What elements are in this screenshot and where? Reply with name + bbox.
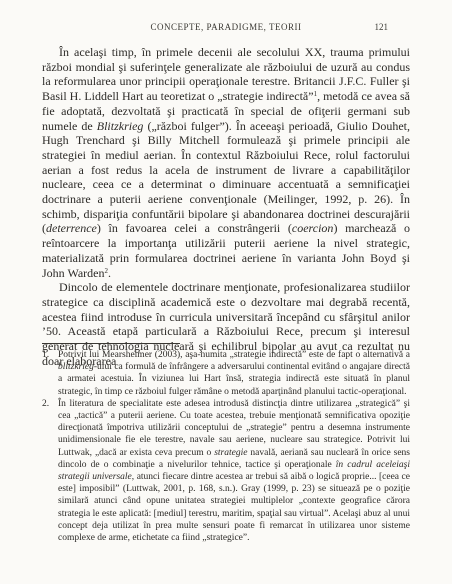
book-page: CONCEPTE, PARADIGME, TEORII 121 În acela…: [0, 0, 452, 584]
footnote-1: 1. Potrivit lui Mearsheimer (2003), aşa-…: [42, 349, 410, 398]
running-header: CONCEPTE, PARADIGME, TEORII: [42, 22, 410, 32]
footnote-text: Potrivit lui Mearsheimer (2003), aşa-num…: [58, 349, 410, 398]
footnote-2: 2. În literatura de specialitate este ad…: [42, 398, 410, 544]
footnotes: 1. Potrivit lui Mearsheimer (2003), aşa-…: [42, 349, 410, 544]
footnote-number: 2.: [42, 398, 58, 410]
footnote-separator: [42, 343, 180, 344]
footnote-number: 1.: [42, 349, 58, 361]
header-title: CONCEPTE, PARADIGME, TEORII: [150, 22, 301, 32]
footnote-text: În literatura de specialitate este adese…: [58, 398, 410, 544]
paragraph-1: În acelaşi timp, în primele decenii ale …: [42, 45, 410, 280]
body-text: În acelaşi timp, în primele decenii ale …: [42, 45, 410, 368]
page-number: 121: [375, 22, 389, 32]
